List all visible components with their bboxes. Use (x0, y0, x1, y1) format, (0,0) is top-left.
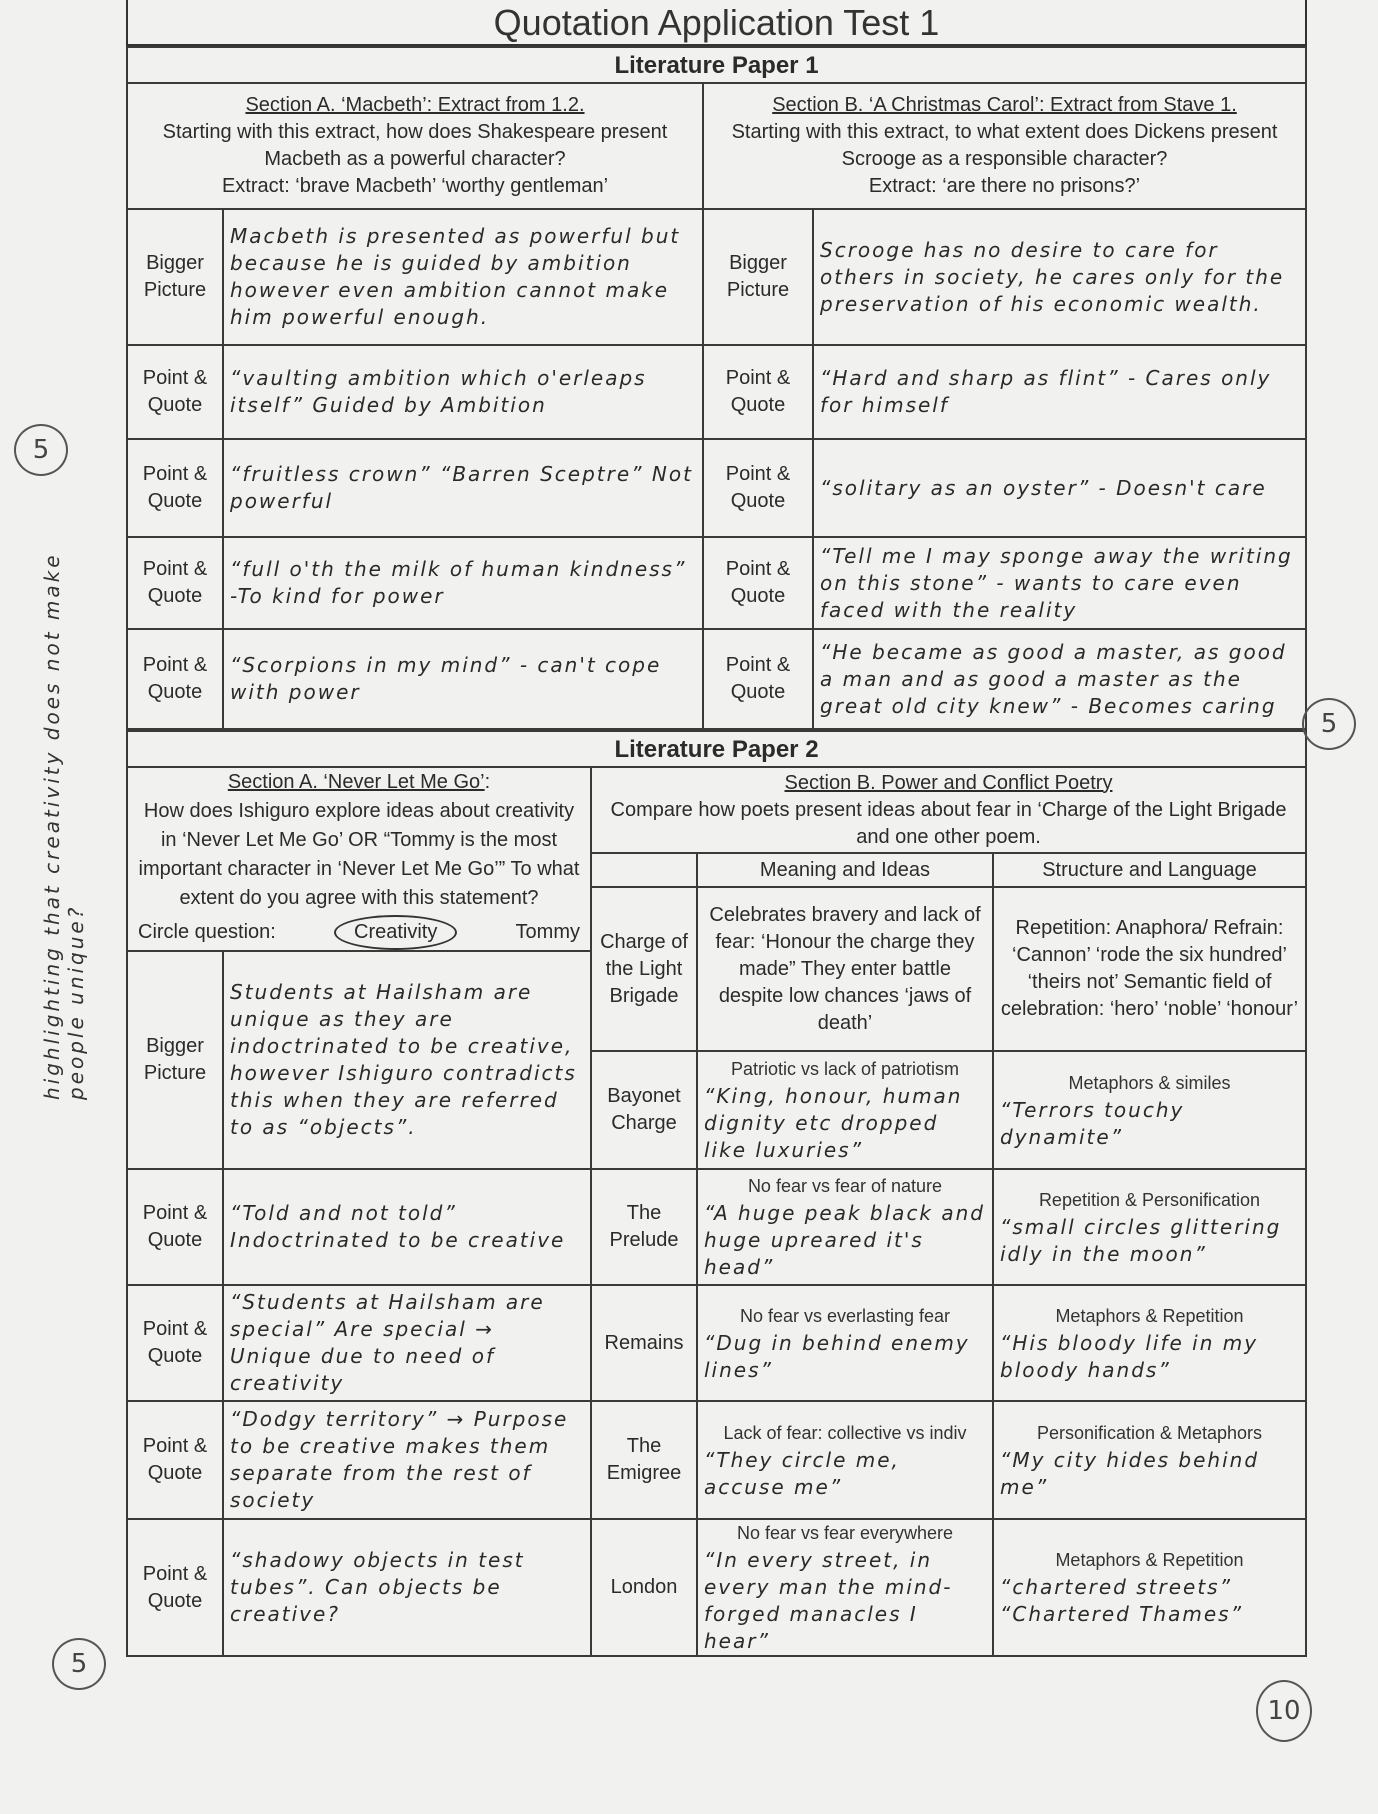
row-label: Bigger Picture (127, 209, 223, 345)
poem-name: Remains (591, 1285, 697, 1401)
structure-heading: Metaphors & Repetition (1000, 1303, 1299, 1330)
answer-cell: “Hard and sharp as flint” - Cares only f… (813, 345, 1306, 439)
answer-cell: “Tell me I may sponge away the writing o… (813, 537, 1306, 629)
answer-cell: “Told and not told” Indoctrinated to be … (223, 1169, 591, 1285)
score-circle: 5 (14, 424, 68, 476)
meaning-answer: “King, honour, human dignity etc dropped… (704, 1084, 963, 1162)
table-row: Point & Quote “fruitless crown” “Barren … (127, 439, 1306, 537)
poem-name: The Emigree (591, 1401, 697, 1519)
answer-cell: Scrooge has no desire to care for others… (813, 209, 1306, 345)
meaning-heading: No fear vs everlasting fear (704, 1303, 986, 1330)
worksheet: Quotation Application Test 1 Literature … (126, 0, 1307, 1657)
table-row: Point & Quote “Told and not told” Indoct… (127, 1169, 1306, 1285)
section-title: Section B. ‘A Christmas Carol’: Extract … (710, 92, 1299, 119)
page-title: Quotation Application Test 1 (126, 0, 1307, 46)
paper2-heading: Literature Paper 2 (127, 731, 1306, 767)
score-circle: 10 (1256, 1680, 1312, 1742)
question-text: Compare how poets present ideas about fe… (598, 797, 1299, 851)
question-text: Starting with this extract, to what exte… (710, 119, 1299, 173)
row-label: Point & Quote (127, 1519, 223, 1656)
answer-cell: Macbeth is presented as powerful but bec… (223, 209, 703, 345)
extract-text: Extract: ‘brave Macbeth’ ‘worthy gentlem… (134, 173, 696, 200)
meaning-answer: “In every street, in every man the mind-… (704, 1548, 952, 1653)
structure-answer: “chartered streets” “Chartered Thames” (1000, 1575, 1243, 1626)
meaning-cell: Celebrates bravery and lack of fear: ‘Ho… (697, 887, 993, 1051)
title-suffix: : (485, 771, 491, 793)
meaning-answer: “Dug in behind enemy lines” (704, 1331, 970, 1382)
answer-cell: “shadowy objects in test tubes”. Can obj… (223, 1519, 591, 1656)
row-label: Bigger Picture (127, 951, 223, 1169)
answer-cell: “full o'th the milk of human kindness” -… (223, 537, 703, 629)
poem-name: The Prelude (591, 1169, 697, 1285)
col-header-meaning: Meaning and Ideas (697, 853, 993, 887)
answer-cell: Students at Hailsham are unique as they … (223, 951, 591, 1169)
row-label: Point & Quote (703, 439, 813, 537)
poem-name: London (591, 1519, 697, 1656)
meaning-answer: “They circle me, accuse me” (704, 1448, 900, 1499)
structure-heading: Personification & Metaphors (1000, 1420, 1299, 1447)
structure-answer: “Terrors touchy dynamite” (1000, 1098, 1184, 1149)
table-row: Point & Quote “shadowy objects in test t… (127, 1519, 1306, 1656)
structure-answer: “His bloody life in my bloody hands” (1000, 1331, 1258, 1382)
score-circle: 5 (52, 1638, 106, 1690)
row-label: Point & Quote (127, 1169, 223, 1285)
poem-name: Bayonet Charge (591, 1051, 697, 1169)
row-label: Point & Quote (127, 345, 223, 439)
meaning-heading: Lack of fear: collective vs indiv (704, 1420, 986, 1447)
table-row: Point & Quote “vaulting ambition which o… (127, 345, 1306, 439)
row-label: Point & Quote (127, 1285, 223, 1401)
row-label: Point & Quote (127, 1401, 223, 1519)
section-title: Section A. ‘Never Let Me Go’ (228, 771, 485, 793)
margin-note: highlighting that creativity does not ma… (40, 540, 88, 1100)
blank-header (591, 853, 697, 887)
option-creativity[interactable]: Creativity (334, 915, 457, 950)
meaning-heading: No fear vs fear everywhere (704, 1520, 986, 1547)
row-label: Point & Quote (703, 629, 813, 729)
option-tommy[interactable]: Tommy (516, 918, 580, 947)
paper2-section-b-prompt: Section B. Power and Conflict Poetry Com… (591, 767, 1306, 853)
answer-cell: “solitary as an oyster” - Doesn't care (813, 439, 1306, 537)
row-label: Point & Quote (127, 629, 223, 729)
score-circle: 5 (1302, 698, 1356, 750)
structure-cell: Repetition: Anaphora/ Refrain: ‘Cannon’ … (993, 887, 1306, 1051)
paper1-table: Literature Paper 1 Section A. ‘Macbeth’:… (126, 46, 1307, 730)
extract-text: Extract: ‘are there no prisons?’ (710, 173, 1299, 200)
answer-cell: “He became as good a master, as good a m… (813, 629, 1306, 729)
section-title: Section A. ‘Macbeth’: Extract from 1.2. (134, 92, 696, 119)
structure-heading: Metaphors & similes (1000, 1070, 1299, 1097)
meaning-answer: “A huge peak black and huge upreared it'… (704, 1201, 985, 1279)
col-header-structure: Structure and Language (993, 853, 1306, 887)
answer-cell: “Dodgy territory” → Purpose to be creati… (223, 1401, 591, 1519)
row-label: Point & Quote (703, 537, 813, 629)
answer-cell: “Students at Hailsham are special” Are s… (223, 1285, 591, 1401)
structure-answer: “My city hides behind me” (1000, 1448, 1259, 1499)
circle-question-label: Circle question: (138, 918, 276, 947)
answer-cell: “fruitless crown” “Barren Sceptre” Not p… (223, 439, 703, 537)
paper2-section-a-prompt: Section A. ‘Never Let Me Go’: How does I… (127, 767, 591, 951)
answer-cell: “vaulting ambition which o'erleaps itsel… (223, 345, 703, 439)
paper1-section-a-prompt: Section A. ‘Macbeth’: Extract from 1.2. … (127, 83, 703, 209)
table-row: Point & Quote “Dodgy territory” → Purpos… (127, 1401, 1306, 1519)
structure-heading: Metaphors & Repetition (1000, 1547, 1299, 1574)
table-row: Point & Quote “full o'th the milk of hum… (127, 537, 1306, 629)
paper1-section-b-prompt: Section B. ‘A Christmas Carol’: Extract … (703, 83, 1306, 209)
poem-name: Charge of the Light Brigade (591, 887, 697, 1051)
table-row: Point & Quote “Scorpions in my mind” - c… (127, 629, 1306, 729)
answer-cell: “Scorpions in my mind” - can't cope with… (223, 629, 703, 729)
row-label: Point & Quote (127, 439, 223, 537)
row-label: Point & Quote (703, 345, 813, 439)
question-text: How does Ishiguro explore ideas about cr… (134, 797, 584, 913)
paper2-table: Literature Paper 2 Section A. ‘Never Let… (126, 730, 1307, 1657)
structure-heading: Repetition & Personification (1000, 1187, 1299, 1214)
paper1-heading: Literature Paper 1 (127, 47, 1306, 83)
meaning-heading: No fear vs fear of nature (704, 1173, 986, 1200)
question-text: Starting with this extract, how does Sha… (134, 119, 696, 173)
table-row: Bigger Picture Macbeth is presented as p… (127, 209, 1306, 345)
table-row: Point & Quote “Students at Hailsham are … (127, 1285, 1306, 1401)
section-title: Section B. Power and Conflict Poetry (598, 770, 1299, 797)
row-label: Point & Quote (127, 537, 223, 629)
structure-answer: “small circles glittering idly in the mo… (1000, 1215, 1281, 1266)
meaning-heading: Patriotic vs lack of patriotism (704, 1056, 986, 1083)
row-label: Bigger Picture (703, 209, 813, 345)
